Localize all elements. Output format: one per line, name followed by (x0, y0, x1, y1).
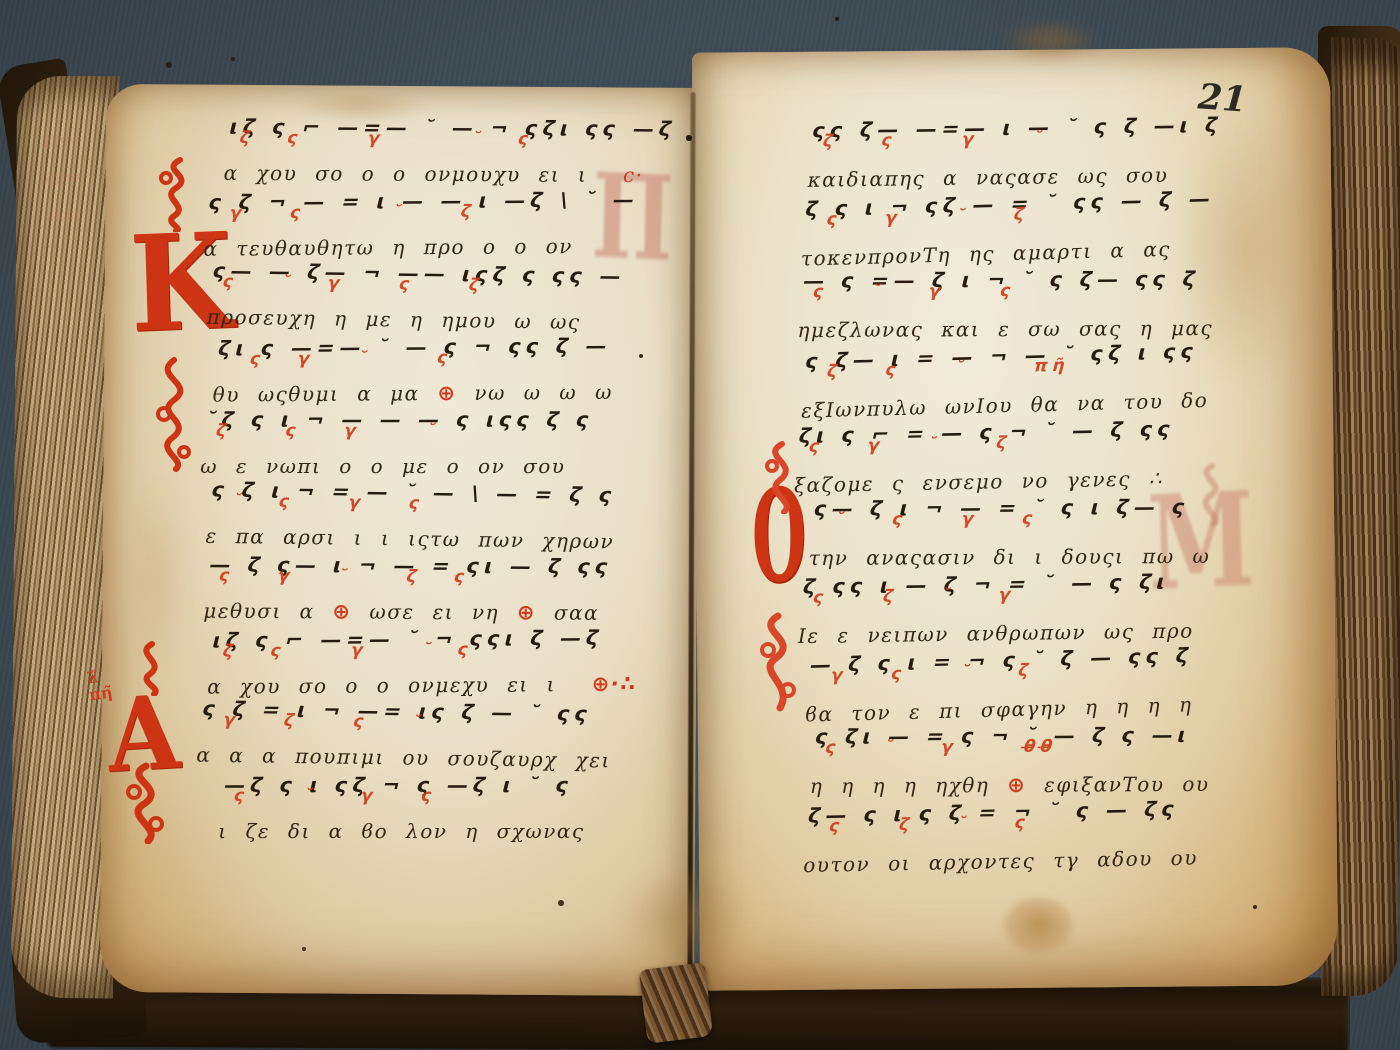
chant-line: ζ ςς ι — ζ ¬ = ˘ — ς ζις ζ ˘ γΙε ε νειπω… (797, 569, 1232, 651)
chant-text-segment: ημεζλωνας και ε σω σας η μας (797, 316, 1213, 342)
chant-text-segment: σαα (536, 601, 599, 625)
chant-text-segment: ϐα τον ε πι σφαγην η η η η (805, 692, 1193, 726)
chant-text: ι ζε δι α ϐο λον η σχωνας (218, 819, 584, 843)
manuscript-photo: Π Μ χπϛν ςγαο πϛω 21 Κ Α Ο λ̋ πη̃ ιζ ς ⌐… (0, 0, 1400, 1050)
left-page-chant-column: ιζ ς ⌐ —=— ˘ — ¬ ςζι ςς —ζζ ς γ ˘ ςα χου… (194, 115, 684, 848)
chant-text: Ιε ε νειπων ανθρωπων ως προ (798, 619, 1194, 649)
chant-text-segment: α α α πουπιμι ου σουζαυρχ χει (196, 743, 611, 773)
chant-line: ζ ς ι ¬ ςζ — = ˘ ςς — ζ — ς γ ˘ ζτοκενπρ… (799, 186, 1227, 273)
chant-line: ςς ζ— —=— ι — ˘ ς ζ —ι ζζ ς γ ˘καιδιαπης… (807, 113, 1226, 195)
neume-row-rubric: ζ ς γ ˘ ς (237, 128, 536, 150)
rubric-rosette: ⊕ (517, 600, 536, 624)
chant-text-segment: ϲ· (623, 163, 644, 187)
chant-line: ς— — ζ— ¬ —— ιςζ ς ςς —ς ˘ γ ς ζπροσευχη… (206, 259, 683, 339)
chant-line: — ζ ς— ι ¬ — = ςι — ζ ςςς γ ˘ ζ ςμεθυσι … (203, 553, 681, 629)
neume-row-rubric: ζ ς γ ˘ (820, 128, 1049, 151)
chant-line: —ζ ς ι ςζ ¬ ς —ζ ι ˘ ςς ˘ γ ςι ζε δι α ϐ… (218, 773, 680, 846)
right-page-chant-column: ςς ζ— —=— ι — ˘ ς ζ —ι ζζ ς γ ˘καιδιαπης… (795, 113, 1236, 879)
chant-line: ς— ζ ι ¬ — = ˘ ς ι ζ— ς ˘ ς γ ςτην αναςα… (808, 495, 1230, 573)
flourish-ornament (112, 762, 178, 844)
neume-row-rubric: ς γ ˘ ζ ς (217, 566, 473, 587)
chant-line: ς ζι — = ς ¬ ˘ — ζ ς —ις ˘ γ θ̶θ̶η η η η… (810, 723, 1234, 801)
chant-text: ϐα τον ε πι σφαγην η η η η (805, 692, 1193, 726)
rubric-rosette: ⊕ (1007, 773, 1026, 797)
chant-text-segment: ω ε νωπι ο ο με ο ον σου (200, 454, 565, 478)
rubric-rosette: ⊕·∴ (592, 672, 637, 696)
chant-line: ς ζ— ι = — ¬ — ˘ ςζ ι ςς ζ ς ˘ πη̃εξΙωνπ… (799, 338, 1229, 425)
chant-line: ζ— ς ι ς ζ = ¬ ˘ ς — ζς ς ζ ˘ ςουτον οι … (802, 796, 1235, 880)
chant-line: — ς =— ζ ι ¬ ˘ ς ζ— ςς ζς ˘ γ ςημεζλωνας… (797, 267, 1227, 345)
endband-knot (639, 962, 714, 1043)
chant-text-segment: νω ω ω ω (456, 380, 612, 405)
chant-text-segment: ουτον οι αρχοντες τγ αδου ου (803, 846, 1198, 878)
chant-text: την αναςασιν δι ι δουςι πω ω (809, 544, 1211, 570)
chant-text-segment: μεθυσι α (203, 599, 332, 624)
chant-text-segment: προσευχη η με η ημου ω ως (207, 305, 581, 334)
chant-text-segment: καιδιαπης α ναςασε ως σου (807, 163, 1168, 192)
neume-row-rubric: ς ˘ γ ς ζ (220, 272, 487, 296)
chant-text: α α α πουπιμι ου σουζαυρχ χει (196, 743, 611, 773)
margin-martyria-marks: λ̋ πη̃ (86, 667, 114, 704)
neume-row-rubric: ς γ ˘ ζ (807, 433, 1014, 457)
chant-text-segment: η η η η ηχθη (810, 773, 1007, 798)
ink-speckles (0, 0, 2, 2)
chant-text: α χου σο ο ο ονμουχυ ει ι ϲ· (224, 161, 644, 187)
chant-text-segment: α χου σο ο ο ονμουχυ ει ι (224, 161, 624, 187)
chant-text: μεθυσι α ⊕ ωσε ει νη ⊕ σαα (203, 599, 599, 625)
chant-line: ζι ς ⌐ = — ς ¬ ˘ — ζ ςςς γ ˘ ζξαζομε ς ε… (793, 416, 1230, 500)
neume-row-rubric: ζ ς γ ˘ (213, 421, 443, 441)
chant-line: ιζ ς ⌐ —=— ˘ ¬ ςςι ζ —ζζ ς γ ˘ ςα χου σο… (207, 625, 681, 701)
chant-text-segment: ξαζομε ς ενσεμο νο γενες ∴ (794, 466, 1164, 497)
neume-row-rubric: ς γ ˘ ς (226, 348, 456, 370)
chant-text-segment: ε πα αρσι ι ι ιςτω πων χηρων (205, 524, 614, 554)
neume-row-rubric: γ ς ˘ ζ (818, 661, 1036, 687)
chant-text-segment: ι ζε δι α ϐο λον η σχωνας (218, 819, 584, 843)
chant-line: ς ζ = ι ¬ —= ις ζ — ˘ ςς γ ζ ς ˘α α α πο… (196, 697, 681, 777)
chant-line: ς ζ ι ¬ = — ˘ — \ — = ζ ς ˘ ς γ ςε πα αρ… (205, 478, 682, 558)
neume-row-rubric: ˘ ς γ ς (219, 491, 427, 514)
chant-text: ουτον οι αρχοντες τγ αδου ου (803, 846, 1198, 878)
chant-text: προσευχη η με η ημου ω ως (207, 305, 581, 334)
chant-line: — ζ ς ι = ¬ ς ˘ ζ — ςς ζ γ ς ˘ ζϐα τον ε… (804, 642, 1234, 729)
rubric-rosette: ⊕ (332, 599, 351, 623)
neume-row-rubric: ς ˘ γ ς (810, 281, 1018, 302)
chant-text-segment: την αναςασιν δι ι δουςι πω ω (809, 544, 1211, 570)
chant-text-segment: τοκενπρονΤη ης αμαρτι α ας (801, 237, 1172, 271)
chant-line: ς ζ ¬ — = ι — — ι —ζ \ ˘ — γ ς ˘ ζα τευθ… (203, 187, 683, 263)
chant-text-segment: εφιξανΤου ου (1026, 772, 1209, 797)
chant-line: ˘ζ ς ι ¬ — — — ς ιςς ζ ςζ ς γ ˘ω ε νωπι … (200, 408, 682, 481)
chant-text-segment: ωσε ει νη (352, 600, 517, 625)
chant-text-segment: α χου σο ο ο ονμεχυ ει ι (207, 672, 592, 699)
neume-row-rubric: ς ˘ γ ς (231, 786, 439, 806)
chant-line: ιζ ς ⌐ —=— ˘ — ¬ ςζι ςς —ζζ ς γ ˘ ςα χου… (224, 115, 684, 190)
rubric-rosette: ⊕ (437, 381, 456, 405)
neume-row-rubric: γ ζ ς ˘ (210, 710, 429, 733)
chant-text: τοκενπρονΤη ης αμαρτι α ας (801, 237, 1172, 271)
chant-text: καιδιαπης α ναςασε ως σου (807, 163, 1168, 192)
neume-row-rubric: ς γ ˘ ζ (813, 205, 1031, 231)
chant-text-segment: Ιε ε νειπων ανθρωπων ως προ (798, 619, 1194, 649)
chant-text: α χου σο ο ο ονμεχυ ει ι ⊕·∴ (207, 672, 636, 699)
chant-text: ημεζλωνας και ε σω σας η μας (797, 316, 1213, 342)
neume-row-rubric: ς ˘ γ θ̶θ̶ (823, 737, 1060, 758)
flourish-ornament (126, 640, 174, 696)
neume-row-rubric: ς ζ ˘ ς (816, 813, 1033, 837)
flourish-ornament (150, 156, 202, 232)
chant-text: η η η η ηχθη ⊕ εφιξανΤου ου (810, 772, 1210, 798)
chant-text: ε πα αρσι ι ι ιςτω πων χηρων (205, 524, 614, 554)
neume-row-rubric: γ ς ˘ ζ (216, 202, 478, 224)
chant-text: α τευθαυθητω η προ ο ο ον (203, 234, 573, 261)
chant-line: ζι ς —=— ˘ — ς ¬ ςς ζ — ς γ ˘ ςθυ ωςθυμι… (212, 333, 682, 409)
neume-row-rubric: ˘ ς γ ς (822, 509, 1041, 530)
chant-text: ω ε νωπι ο ο με ο ον σου (200, 454, 565, 478)
neume-row-rubric: ζ ς γ ˘ ς (220, 640, 476, 662)
neume-row-rubric: ς ζ ˘ γ (811, 585, 1019, 608)
chant-text-segment: α τευθαυθητω η προ ο ο ον (203, 234, 573, 261)
chant-text: θυ ωςθυμι α μα ⊕ νω ω ω ω (213, 380, 613, 407)
chant-text-segment: θυ ωςθυμι α μα (213, 381, 438, 407)
chant-text: ξαζομε ς ενσεμο νο γενες ∴ (794, 466, 1164, 497)
